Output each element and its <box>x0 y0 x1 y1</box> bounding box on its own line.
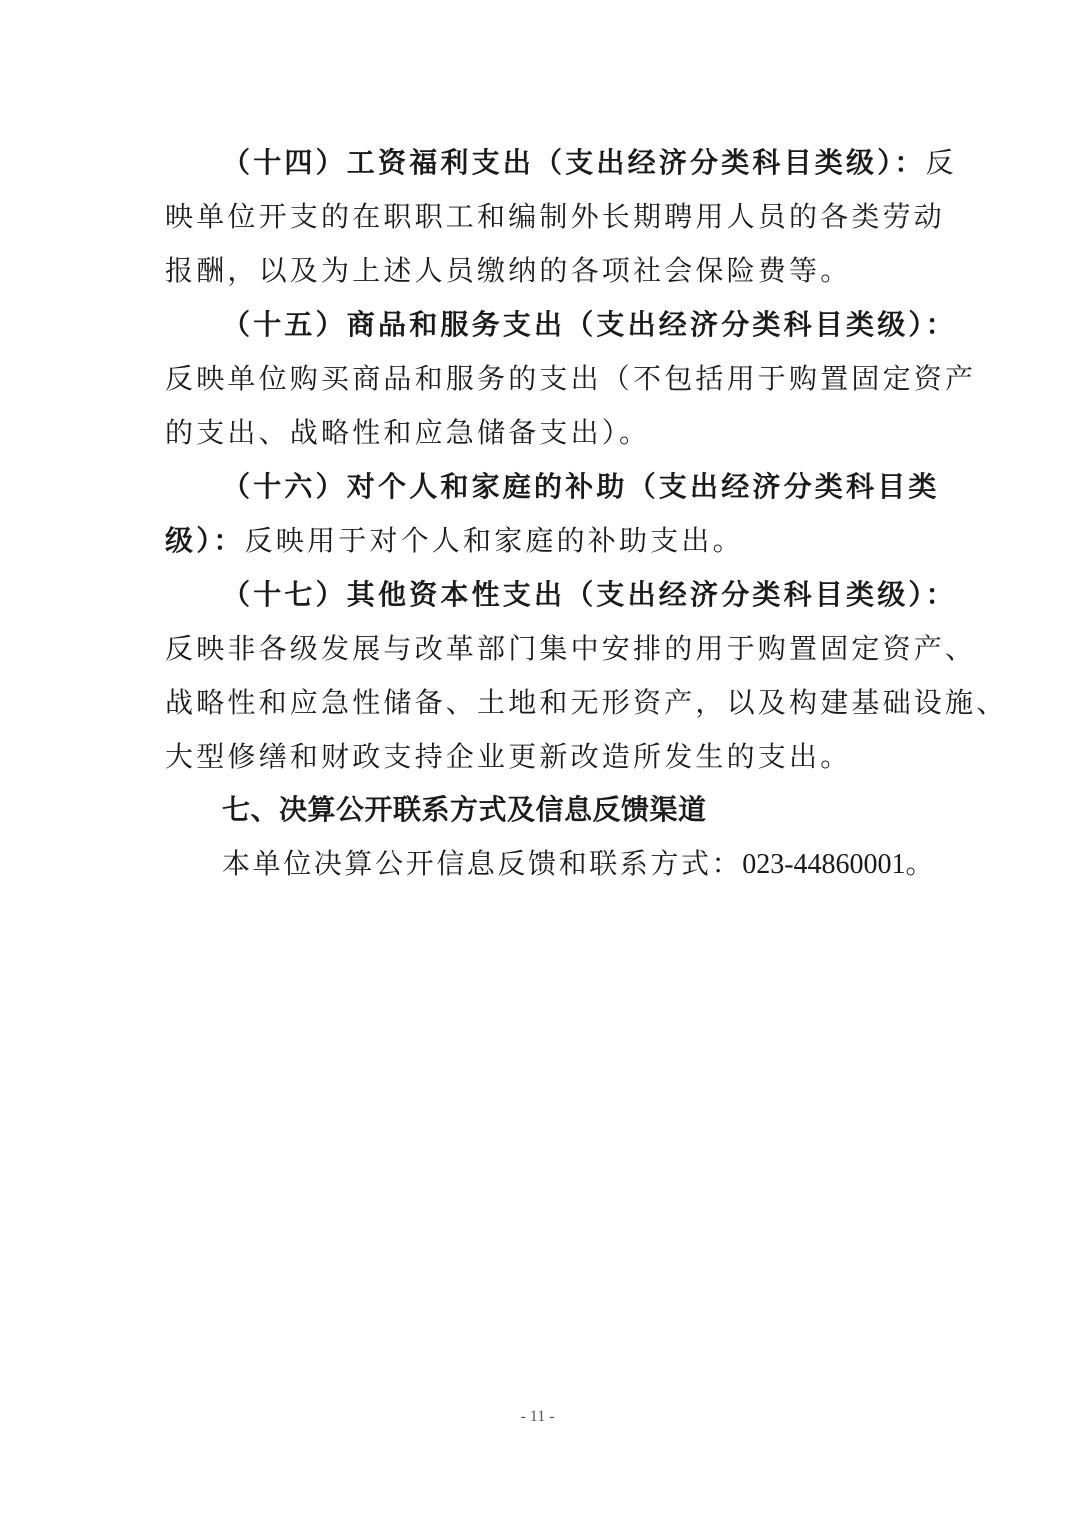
paragraph-16-line-2: 级）：反映用于对个人和家庭的补助支出。 <box>165 521 925 561</box>
contact-line: 本单位决算公开信息反馈和联系方式：023-44860001。 <box>222 844 982 885</box>
paragraph-16-title: （十六）对个人和家庭的补助（支出经济分类科目类 <box>222 467 982 507</box>
contact-end: 。 <box>906 847 937 880</box>
document-page: （十四）工资福利支出（支出经济分类科目类级）：反 映单位开支的在职职工和编制外长… <box>0 0 1075 1520</box>
paragraph-17-title: （十七）其他资本性支出（支出经济分类科目类级）： <box>222 575 982 615</box>
paragraph-15-title: （十五）商品和服务支出（支出经济分类科目类级）： <box>222 305 982 345</box>
section-7-heading: 七、决算公开联系方式及信息反馈渠道 <box>222 790 982 830</box>
contact-phone: 023-44860001 <box>742 849 905 880</box>
paragraph-14-line-3: 报酬，以及为上述人员缴纳的各项社会保险费等。 <box>165 251 925 291</box>
paragraph-15-line-3: 的支出、战略性和应急储备支出）。 <box>165 413 925 453</box>
paragraph-16-title-end: 级）： <box>165 524 245 557</box>
paragraph-17-line-4: 大型修缮和财政支持企业更新改造所发生的支出。 <box>165 737 925 777</box>
contact-label: 本单位决算公开信息反馈和联系方式： <box>222 847 742 880</box>
paragraph-14-title: （十四）工资福利支出（支出经济分类科目类级）： <box>222 146 926 179</box>
paragraph-15-line-2: 反映单位购买商品和服务的支出（不包括用于购置固定资产 <box>165 359 925 399</box>
paragraph-17-line-3: 战略性和应急性储备、土地和无形资产，以及构建基础设施、 <box>165 683 925 723</box>
page-number: - 11 - <box>0 1408 1075 1426</box>
paragraph-14-line-1: （十四）工资福利支出（支出经济分类科目类级）：反 <box>222 143 982 183</box>
paragraph-16-text: 反映用于对个人和家庭的补助支出。 <box>245 524 744 557</box>
paragraph-14-line-2: 映单位开支的在职职工和编制外长期聘用人员的各类劳动 <box>165 197 925 237</box>
paragraph-14-text: 反 <box>926 146 957 179</box>
paragraph-17-line-2: 反映非各级发展与改革部门集中安排的用于购置固定资产、 <box>165 629 925 669</box>
